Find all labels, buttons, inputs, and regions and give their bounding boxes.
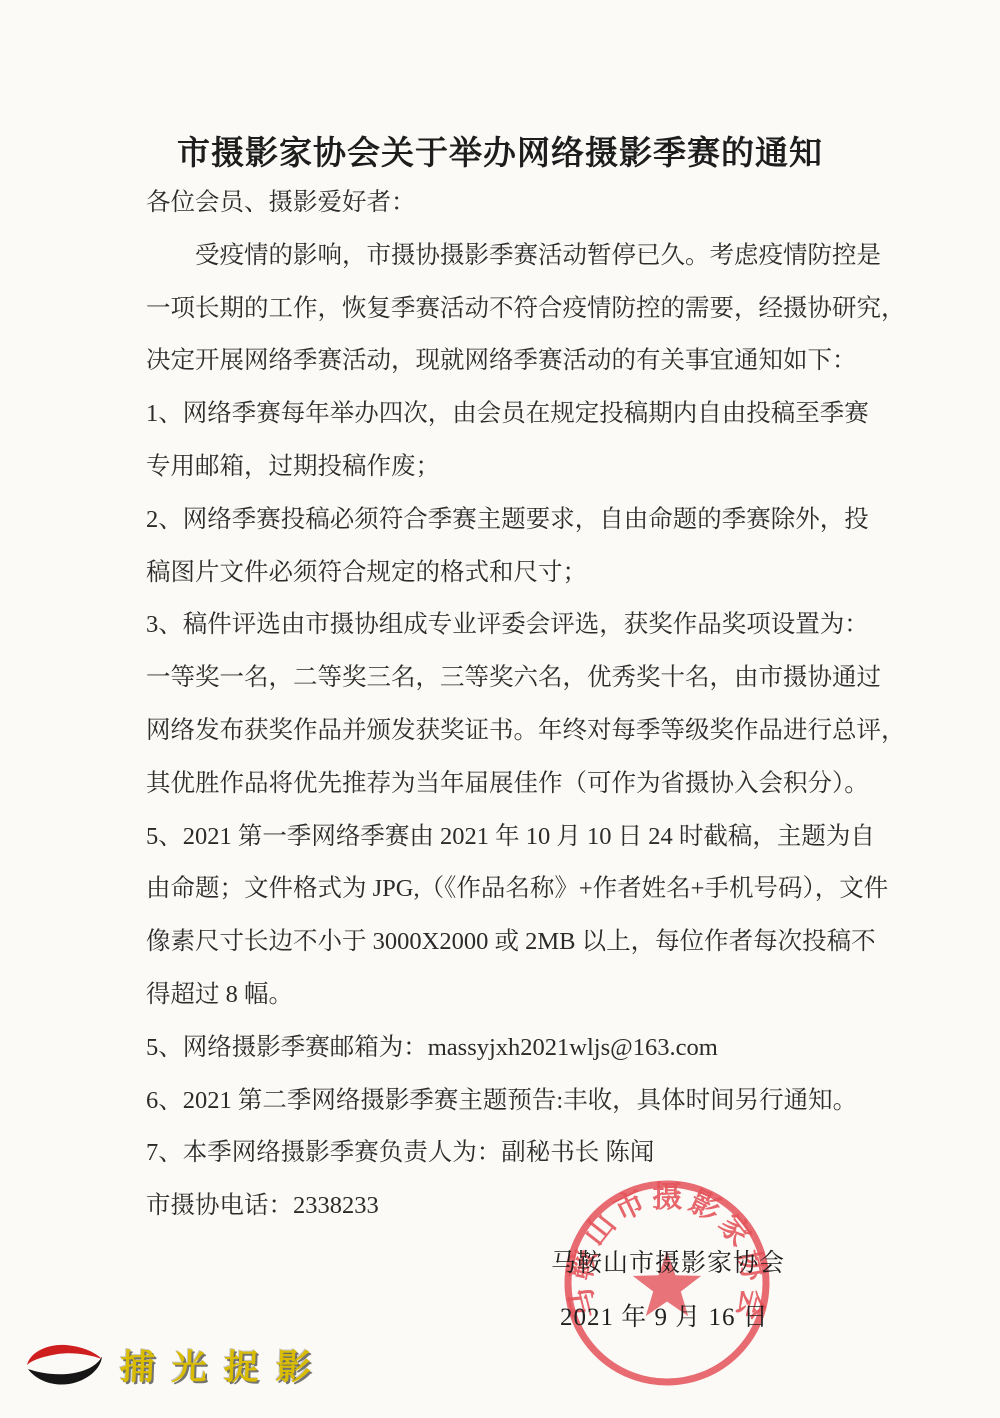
footer-logo: 捕光捉影 [24,1340,328,1390]
document-title: 市摄影家协会关于举办网络摄影季赛的通知 [0,127,1000,174]
text-line: 一等奖一名，二等奖三名，三等奖六名，优秀奖十名，由市摄协通过 [146,661,876,695]
official-seal-stamp: 马鞍山市摄影家协会 [559,1175,775,1391]
text-line: 2、网络季赛投稿必须符合季赛主题要求，自由命题的季赛除外，投 [146,503,876,537]
text-line: 由命题；文件格式为 JPG,（《作品名称》+作者姓名+手机号码），文件 [146,872,876,906]
signature-org: 马鞍山市摄影家协会 [551,1243,785,1279]
signature-date: 2021 年 9 月 16 日 [560,1297,769,1333]
text-line: 6、2021 第二季网络摄影季赛主题预告:丰收，具体时间另行通知。 [146,1084,876,1118]
document-page: 市摄影家协会关于举办网络摄影季赛的通知 各位会员、摄影爱好者：受疫情的影响，市摄… [0,0,1000,1418]
text-line: 5、网络摄影季赛邮箱为：massyjxh2021wljs@163.com [146,1031,876,1065]
text-line: 各位会员、摄影爱好者： [146,186,876,220]
text-line: 决定开展网络季赛活动，现就网络季赛活动的有关事宜通知如下： [146,344,876,378]
text-line: 专用邮箱，过期投稿作废； [146,450,876,484]
lens-swoosh-icon [24,1342,106,1388]
text-line: 一项长期的工作，恢复季赛活动不符合疫情防控的需要，经摄协研究， [146,292,876,326]
text-line: 其优胜作品将优先推荐为当年届展佳作（可作为省摄协入会积分）。 [146,767,876,801]
text-line: 得超过 8 幅。 [146,978,876,1012]
text-line: 7、本季网络摄影季赛负责人为：副秘书长 陈闻 [146,1136,876,1170]
text-line: 受疫情的影响，市摄协摄影季赛活动暂停已久。考虑疫情防控是 [146,239,876,273]
text-line: 5、2021 第一季网络季赛由 2021 年 10 月 10 日 24 时截稿，… [146,820,876,854]
text-line: 稿图片文件必须符合规定的格式和尺寸； [146,556,876,590]
footer-logo-text: 捕光捉影 [119,1340,329,1390]
text-line: 1、网络季赛每年举办四次，由会员在规定投稿期内自由投稿至季赛 [146,397,876,431]
text-line: 3、稿件评选由市摄协组成专业评委会评选，获奖作品奖项设置为： [146,608,876,642]
text-line: 网络发布获奖作品并颁发获奖证书。年终对每季等级奖作品进行总评， [146,714,876,748]
text-line: 像素尺寸长边不小于 3000X2000 或 2MB 以上，每位作者每次投稿不 [146,925,876,959]
